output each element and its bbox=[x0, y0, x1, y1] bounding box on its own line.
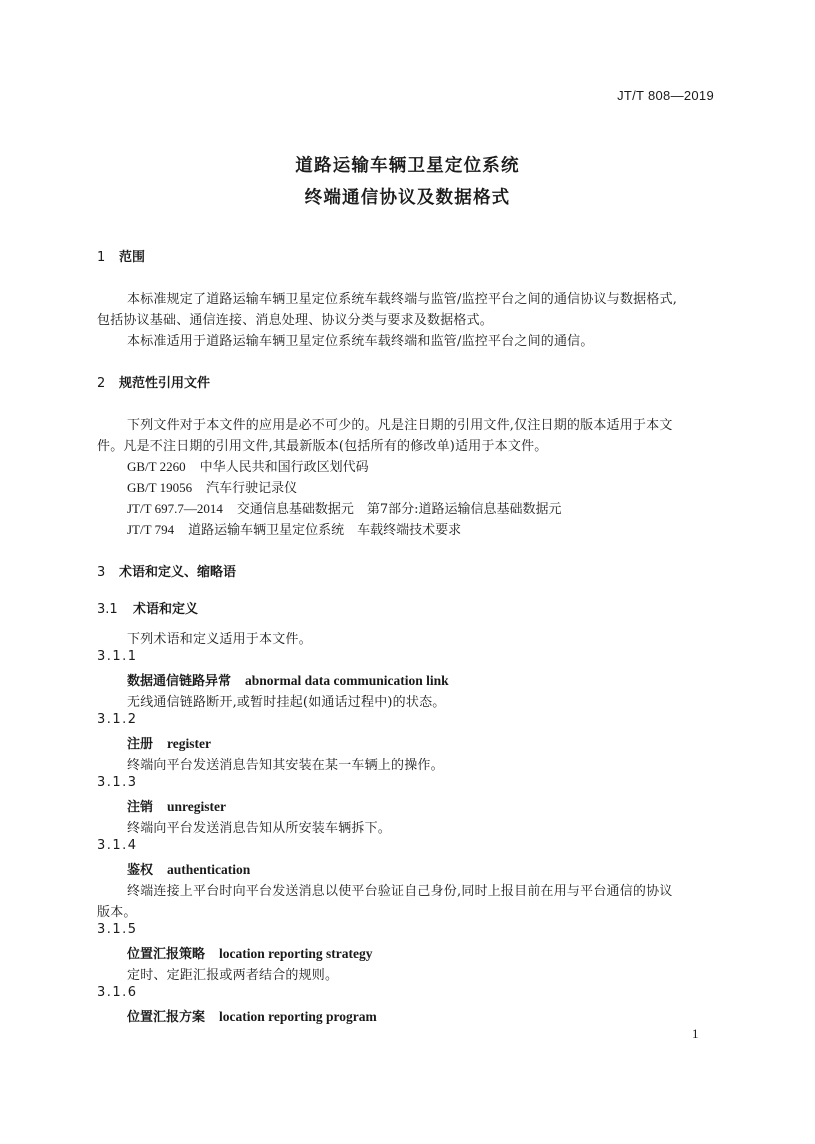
term-zh: 位置汇报策略 bbox=[127, 947, 205, 962]
term-entry: 位置汇报策略location reporting strategy bbox=[127, 943, 373, 962]
document-page: JT/T 808—2019 道路运输车辆卫星定位系统 终端通信协议及数据格式 1… bbox=[0, 0, 815, 1144]
paragraph: 包括协议基础、通信连接、消息处理、协议分类与要求及数据格式。 bbox=[97, 309, 493, 328]
clause-number: 3.1.5 bbox=[97, 922, 138, 937]
term-en: location reporting strategy bbox=[219, 946, 372, 961]
clause-number: 3.1.3 bbox=[97, 775, 138, 790]
term-en: register bbox=[167, 736, 211, 751]
reference-code: GB/T 2260 bbox=[127, 459, 186, 474]
term-en: abnormal data communication link bbox=[245, 673, 449, 688]
term-zh: 位置汇报方案 bbox=[127, 1010, 205, 1025]
term-entry: 位置汇报方案location reporting program bbox=[127, 1006, 377, 1025]
term-definition-continued: 版本。 bbox=[97, 901, 137, 920]
page-number: 1 bbox=[692, 1026, 699, 1042]
section-number: 1 bbox=[97, 250, 119, 265]
document-title-line2: 终端通信协议及数据格式 bbox=[0, 184, 815, 209]
term-en: unregister bbox=[167, 799, 226, 814]
reference-code: JT/T 794 bbox=[127, 522, 174, 537]
reference-code: JT/T 697.7—2014 bbox=[127, 501, 223, 516]
term-definition: 终端向平台发送消息告知其安装在某一车辆上的操作。 bbox=[127, 754, 444, 773]
reference-item: JT/T 794道路运输车辆卫星定位系统 车载终端技术要求 bbox=[127, 519, 461, 538]
term-entry: 注册register bbox=[127, 733, 211, 752]
term-entry: 鉴权authentication bbox=[127, 859, 250, 878]
section-number: 3 bbox=[97, 565, 119, 580]
subsection-number: 3.1 bbox=[97, 602, 133, 617]
reference-item: GB/T 2260中华人民共和国行政区划代码 bbox=[127, 456, 369, 475]
clause-number: 3.1.4 bbox=[97, 838, 138, 853]
reference-code: GB/T 19056 bbox=[127, 480, 192, 495]
paragraph: 本标准规定了道路运输车辆卫星定位系统车载终端与监管/监控平台之间的通信协议与数据… bbox=[127, 288, 677, 307]
term-entry: 注销unregister bbox=[127, 796, 226, 815]
section-title: 术语和定义、缩略语 bbox=[119, 565, 236, 580]
term-zh: 注册 bbox=[127, 737, 153, 752]
term-definition: 终端连接上平台时向平台发送消息以使平台验证自己身份,同时上报目前在用与平台通信的… bbox=[127, 880, 673, 899]
section-title: 规范性引用文件 bbox=[119, 376, 210, 391]
reference-item: JT/T 697.7—2014交通信息基础数据元 第7部分:道路运输信息基础数据… bbox=[127, 498, 561, 517]
term-definition: 无线通信链路断开,或暂时挂起(如通话过程中)的状态。 bbox=[127, 691, 445, 710]
section-1-heading: 1范围 bbox=[97, 246, 145, 265]
term-en: location reporting program bbox=[219, 1009, 377, 1024]
document-title-line1: 道路运输车辆卫星定位系统 bbox=[0, 152, 815, 177]
reference-item: GB/T 19056汽车行驶记录仪 bbox=[127, 477, 297, 496]
section-number: 2 bbox=[97, 376, 119, 391]
reference-title: 中华人民共和国行政区划代码 bbox=[200, 460, 369, 475]
paragraph: 下列文件对于本文件的应用是必不可少的。凡是注日期的引用文件,仅注日期的版本适用于… bbox=[127, 414, 673, 433]
clause-number: 3.1.2 bbox=[97, 712, 138, 727]
term-entry: 数据通信链路异常abnormal data communication link bbox=[127, 670, 449, 689]
section-2-heading: 2规范性引用文件 bbox=[97, 372, 210, 391]
reference-title: 交通信息基础数据元 第7部分:道路运输信息基础数据元 bbox=[237, 502, 562, 517]
paragraph: 本标准适用于道路运输车辆卫星定位系统车载终端和监管/监控平台之间的通信。 bbox=[127, 330, 594, 349]
term-definition: 定时、定距汇报或两者结合的规则。 bbox=[127, 964, 338, 983]
standard-code: JT/T 808—2019 bbox=[617, 88, 714, 103]
reference-title: 汽车行驶记录仪 bbox=[206, 481, 297, 496]
term-zh: 数据通信链路异常 bbox=[127, 674, 231, 689]
paragraph: 下列术语和定义适用于本文件。 bbox=[127, 628, 312, 647]
term-zh: 鉴权 bbox=[127, 863, 153, 878]
subsection-title: 术语和定义 bbox=[133, 602, 198, 617]
subsection-3-1-heading: 3.1术语和定义 bbox=[97, 598, 198, 617]
clause-number: 3.1.1 bbox=[97, 649, 138, 664]
paragraph: 件。凡是不注日期的引用文件,其最新版本(包括所有的修改单)适用于本文件。 bbox=[97, 435, 547, 454]
reference-title: 道路运输车辆卫星定位系统 车载终端技术要求 bbox=[188, 523, 461, 538]
term-definition: 终端向平台发送消息告知从所安装车辆拆下。 bbox=[127, 817, 391, 836]
section-3-heading: 3术语和定义、缩略语 bbox=[97, 561, 236, 580]
term-zh: 注销 bbox=[127, 800, 153, 815]
term-en: authentication bbox=[167, 862, 250, 877]
clause-number: 3.1.6 bbox=[97, 985, 138, 1000]
section-title: 范围 bbox=[119, 250, 145, 265]
